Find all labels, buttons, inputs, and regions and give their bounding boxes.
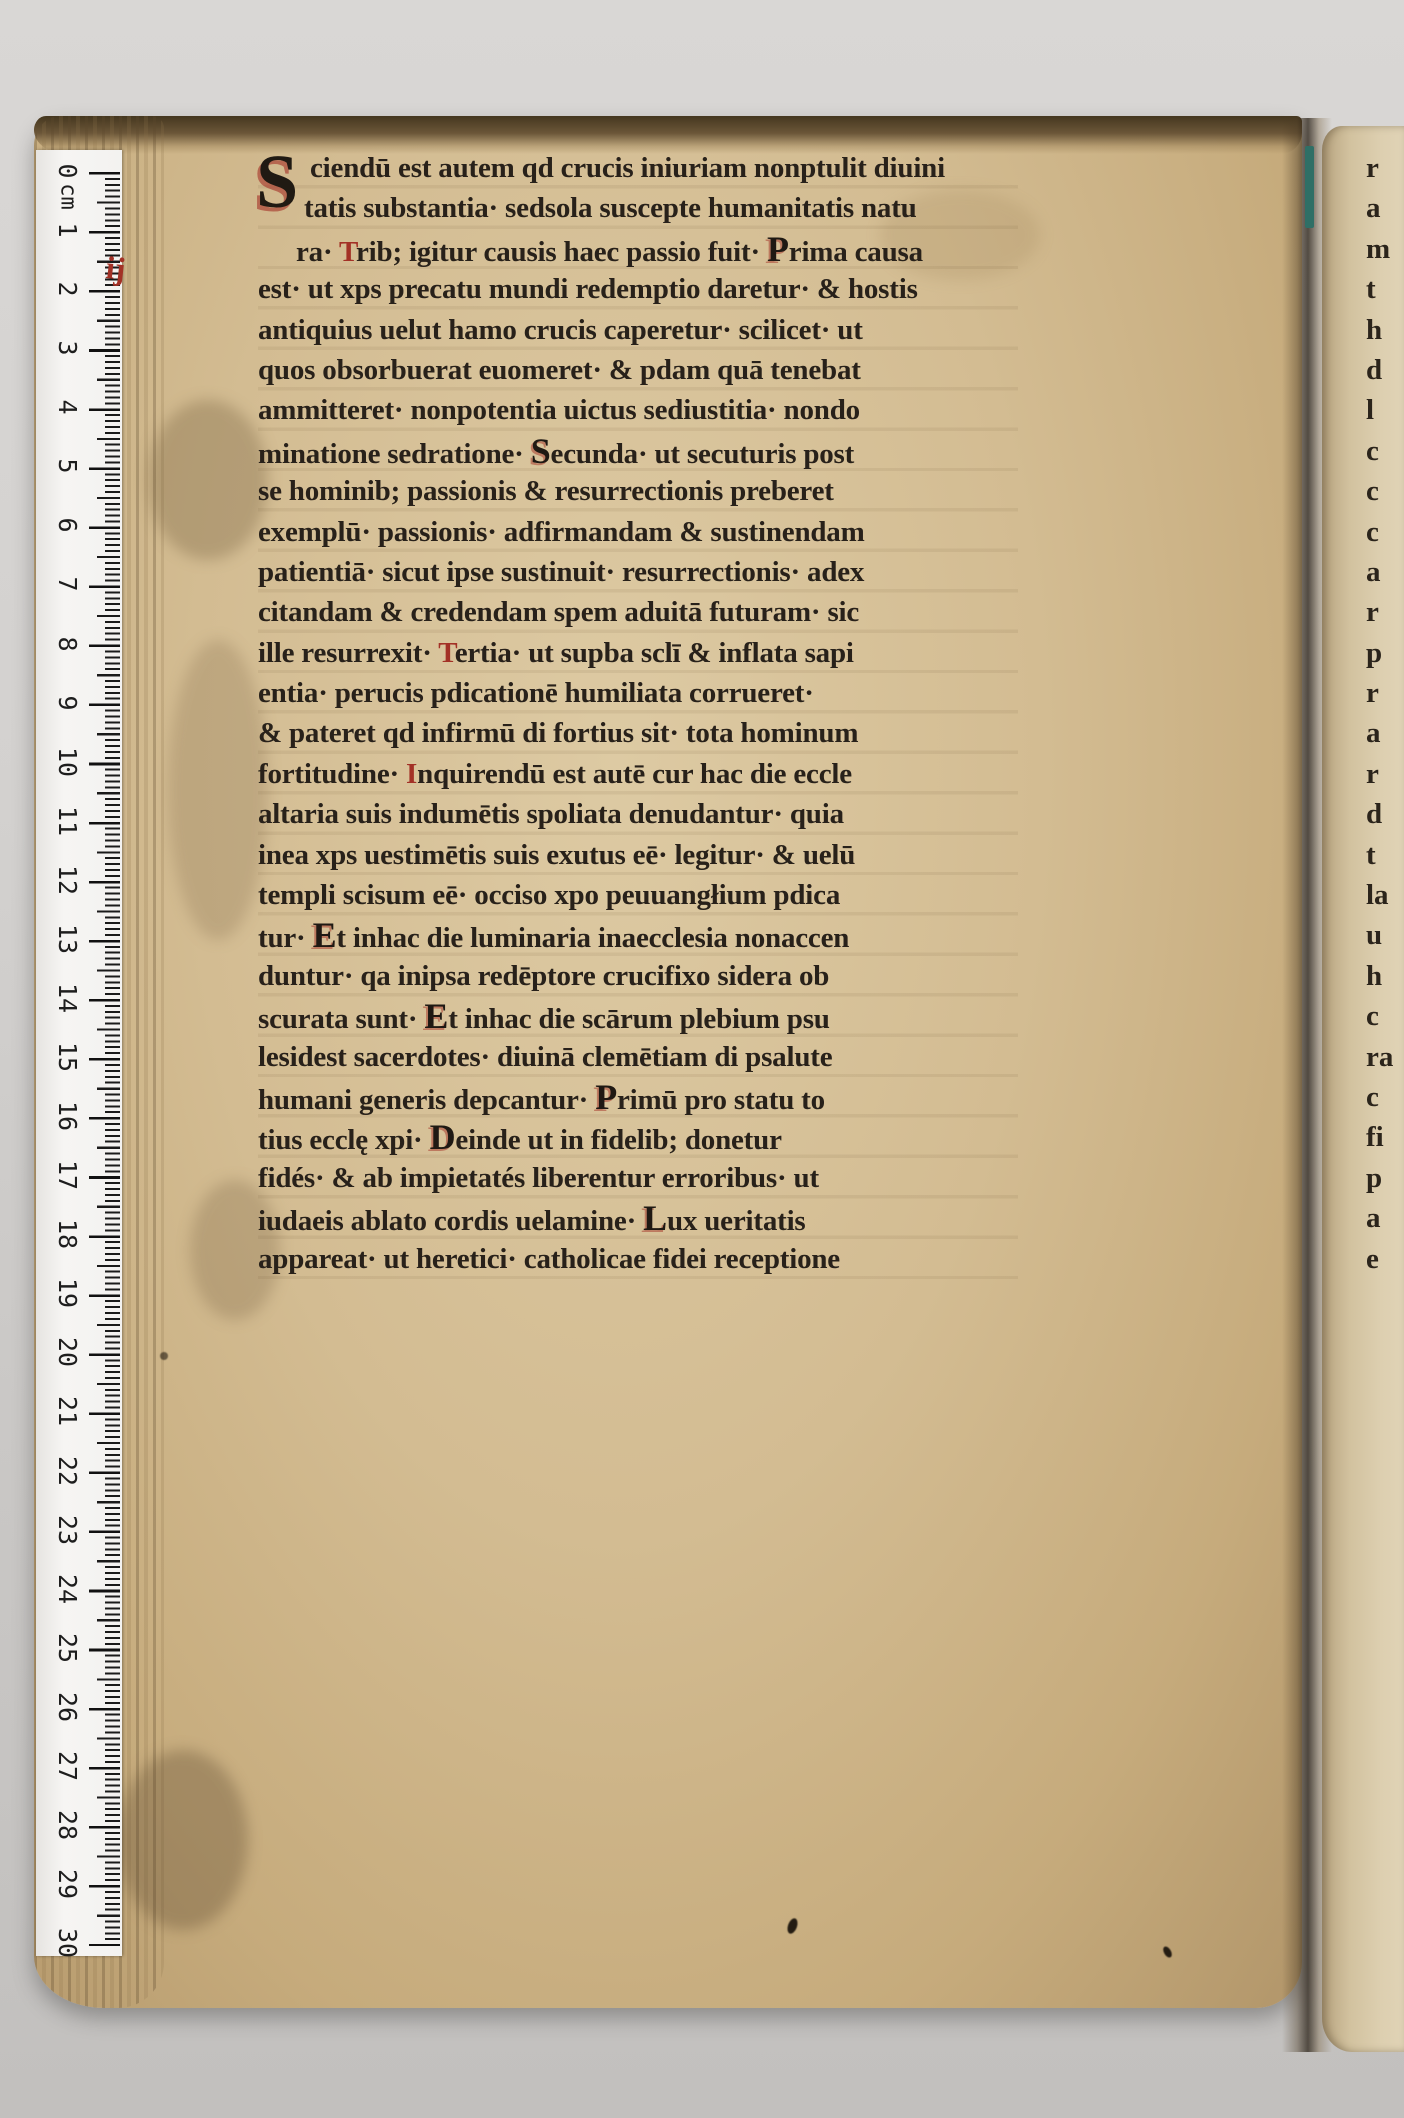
text-line: ille resurrexit· Tertia· ut supba sclī &…	[258, 633, 1018, 673]
ruler-number: 0	[54, 152, 80, 190]
line-text: inea xps uestimētis suis exutus eē· legi…	[258, 839, 855, 871]
text-line: lesidest sacerdotes· diuinā clemētiam di…	[258, 1037, 1018, 1077]
bookmark-ribbon	[1305, 146, 1314, 228]
line-text: scurata sunt·	[258, 1003, 424, 1035]
parchment-stain	[168, 640, 268, 940]
line-text: duntur· qa inipsa redēptore crucifixo si…	[258, 960, 829, 992]
facing-edge-letter: c	[1366, 431, 1404, 471]
line-text: tatis substantia· sedsola suscepte human…	[304, 192, 917, 224]
ruler-cm-ticks	[89, 172, 120, 1946]
facing-edge-letter: r	[1366, 754, 1404, 794]
line-text: fidés· & ab impietatés liberentur errori…	[258, 1162, 819, 1194]
text-line: tius ecclę xpi· Deinde ut in fidelib; do…	[258, 1117, 1018, 1157]
ruler-number: 12	[54, 861, 80, 899]
ruler-number: 3	[54, 329, 80, 367]
ruler-number: 22	[54, 1452, 80, 1490]
photo-stage: cm 0123456789101112131415161718192021222…	[0, 0, 1404, 2118]
text-line: Sciendū est autem qd crucis iniuriam non…	[258, 148, 1018, 188]
line-text: & pateret qd infirmū di fortius sit· tot…	[258, 717, 858, 749]
text-line: fortitudine· Inquirendū est autē cur hac…	[258, 754, 1018, 794]
text-line: appareat· ut heretici· catholicae fidei …	[258, 1239, 1018, 1279]
facing-edge-letter: t	[1366, 835, 1404, 875]
text-line: tatis substantia· sedsola suscepte human…	[258, 188, 1018, 228]
facing-edge-letter: r	[1366, 148, 1404, 188]
facing-edge-letter: u	[1366, 915, 1404, 955]
rubric-letter: E	[424, 996, 448, 1036]
ruler-number: 17	[54, 1156, 80, 1194]
ink-speck	[160, 1352, 168, 1360]
ruler-number: 19	[54, 1274, 80, 1312]
rubric-letter: T	[339, 236, 356, 268]
ruler-number: 23	[54, 1511, 80, 1549]
facing-edge-letter: a	[1366, 713, 1404, 753]
facing-edge-letter: a	[1366, 552, 1404, 592]
text-block: Sciendū est autem qd crucis iniuriam non…	[258, 148, 1018, 1279]
text-line: duntur· qa inipsa redēptore crucifixo si…	[258, 956, 1018, 996]
rubric-letter: I	[406, 758, 417, 790]
text-line: scurata sunt· Et inhac die scārum plebiu…	[258, 996, 1018, 1036]
text-line: iudaeis ablato cordis uelamine· Lux ueri…	[258, 1198, 1018, 1238]
ruler-number: 2	[54, 270, 80, 308]
text-line: minatione sedratione· Secunda· ut secutu…	[258, 431, 1018, 471]
text-line: inea xps uestimētis suis exutus eē· legi…	[258, 835, 1018, 875]
line-text: t inhac die scārum plebium psu	[448, 1003, 830, 1035]
facing-edge-letter: p	[1366, 633, 1404, 673]
ruler-number: 4	[54, 388, 80, 426]
ruler-number: 10	[54, 743, 80, 781]
text-line: humani generis depcantur· Primū pro stat…	[258, 1077, 1018, 1117]
ruler-number: 29	[54, 1865, 80, 1903]
text-line: citandam & credendam spem aduitā futuram…	[258, 592, 1018, 632]
line-text: altaria suis indumētis spoliata denudant…	[258, 798, 844, 830]
facing-edge-letter: h	[1366, 310, 1404, 350]
ruler-number: 18	[54, 1215, 80, 1253]
text-line: quos obsorbuerat euomeret· & pdam quā te…	[258, 350, 1018, 390]
rubric-letter: D	[430, 1117, 456, 1157]
line-text: appareat· ut heretici· catholicae fidei …	[258, 1243, 840, 1275]
line-text: exemplū· passionis· adfirmandam & sustin…	[258, 516, 865, 548]
facing-edge-letter: t	[1366, 269, 1404, 309]
text-line: altaria suis indumētis spoliata denudant…	[258, 794, 1018, 834]
facing-edge-letter: l	[1366, 390, 1404, 430]
ruler-number: 20	[54, 1333, 80, 1371]
line-text: antiquius uelut hamo crucis caperetur· s…	[258, 314, 863, 346]
line-text: fortitudine·	[258, 758, 406, 790]
ruler-number: 9	[54, 684, 80, 722]
text-line: fidés· & ab impietatés liberentur errori…	[258, 1158, 1018, 1198]
ruler-number: 15	[54, 1038, 80, 1076]
facing-edge-letter: c	[1366, 471, 1404, 511]
line-text: rib; igitur causis haec passio fuit·	[356, 236, 767, 268]
facing-edge-letter: h	[1366, 956, 1404, 996]
text-line: patientiā· sicut ipse sustinuit· resurre…	[258, 552, 1018, 592]
line-text: ra·	[296, 236, 339, 268]
parchment-stain	[118, 1750, 248, 1930]
rubric-letter: E	[313, 915, 337, 955]
ruler-number: 27	[54, 1747, 80, 1785]
line-text: quos obsorbuerat euomeret· & pdam quā te…	[258, 354, 861, 386]
text-line: & pateret qd infirmū di fortius sit· tot…	[258, 713, 1018, 753]
marginal-rubric-mark: ij	[104, 249, 127, 288]
line-text: citandam & credendam spem aduitā futuram…	[258, 596, 859, 628]
line-text: ecunda· ut secuturis post	[551, 438, 855, 470]
ruler-number: 8	[54, 625, 80, 663]
line-text: entia· perucis pdicationē humiliata corr…	[258, 677, 814, 709]
text-line: se hominib; passionis & resurrectionis p…	[258, 471, 1018, 511]
ruler-number: 7	[54, 565, 80, 603]
line-text: ciendū est autem qd crucis iniuriam nonp…	[310, 152, 945, 184]
text-line: exemplū· passionis· adfirmandam & sustin…	[258, 512, 1018, 552]
ruler-number: 21	[54, 1392, 80, 1430]
ruler-number: 26	[54, 1688, 80, 1726]
text-line: est· ut xps precatu mundi redemptio dare…	[258, 269, 1018, 309]
line-text: humani generis depcantur·	[258, 1084, 595, 1116]
ruler-number: 24	[54, 1570, 80, 1608]
facing-edge-letter: ra	[1366, 1037, 1404, 1077]
facing-edge-letter: r	[1366, 673, 1404, 713]
facing-edge-letter: r	[1366, 592, 1404, 632]
text-line: templi scisum eē· occiso xpo peuuangłium…	[258, 875, 1018, 915]
text-line: ra· Trib; igitur causis haec passio fuit…	[258, 229, 1018, 269]
facing-edge-letter: m	[1366, 229, 1404, 269]
line-text: tius ecclę xpi·	[258, 1124, 430, 1156]
ruler-number: 28	[54, 1806, 80, 1844]
ruler-number: 30	[54, 1924, 80, 1962]
facing-edge-letter: c	[1366, 1077, 1404, 1117]
rubric-letter: T	[438, 637, 454, 669]
line-text: patientiā· sicut ipse sustinuit· resurre…	[258, 556, 864, 588]
text-line: tur· Et inhac die luminaria inaecclesia …	[258, 915, 1018, 955]
ruler-number: 13	[54, 920, 80, 958]
facing-edge-letter: la	[1366, 875, 1404, 915]
text-line: ammitteret· nonpotentia uictus sediustit…	[258, 390, 1018, 430]
line-text: nquirendū est autē cur hac die eccle	[417, 758, 852, 790]
ruler-number: 5	[54, 447, 80, 485]
ruler-number: 11	[54, 802, 80, 840]
facing-edge-letter: p	[1366, 1158, 1404, 1198]
line-text: ertia· ut supba sclī & inflata sapi	[455, 637, 854, 669]
ruler-number: 14	[54, 979, 80, 1017]
line-text: iudaeis ablato cordis uelamine·	[258, 1205, 643, 1237]
ruler-number: 6	[54, 506, 80, 544]
line-text: ux ueritatis	[667, 1205, 806, 1237]
line-text: rima causa	[789, 236, 923, 268]
line-text: se hominib; passionis & resurrectionis p…	[258, 475, 834, 507]
ruler-number: 1	[54, 211, 80, 249]
line-text: minatione sedratione·	[258, 438, 531, 470]
facing-page-text-column: ramthdlcccarprardtlauhcracfipae	[1366, 148, 1404, 1279]
cm-ruler: cm 0123456789101112131415161718192021222…	[36, 150, 122, 1956]
line-text: est· ut xps precatu mundi redemptio dare…	[258, 273, 918, 305]
facing-edge-letter: e	[1366, 1239, 1404, 1279]
rubric-letter: L	[643, 1198, 667, 1238]
line-text: einde ut in fidelib; donetur	[455, 1124, 781, 1156]
rubric-letter: S	[531, 431, 551, 471]
parchment-stain	[148, 400, 268, 560]
facing-edge-letter: d	[1366, 350, 1404, 390]
line-text: rimū pro statu to	[617, 1084, 825, 1116]
facing-edge-letter: c	[1366, 996, 1404, 1036]
line-text: ille resurrexit·	[258, 637, 438, 669]
line-text: tur·	[258, 922, 313, 954]
text-line: antiquius uelut hamo crucis caperetur· s…	[258, 310, 1018, 350]
facing-edge-letter: a	[1366, 188, 1404, 228]
line-text: lesidest sacerdotes· diuinā clemētiam di…	[258, 1041, 832, 1073]
facing-edge-letter: d	[1366, 794, 1404, 834]
line-text: templi scisum eē· occiso xpo peuuangłium…	[258, 879, 840, 911]
line-text: t inhac die luminaria inaecclesia nonacc…	[336, 922, 849, 954]
rubric-letter: P	[595, 1077, 617, 1117]
ruler-number: 16	[54, 1097, 80, 1135]
facing-edge-letter: fi	[1366, 1117, 1404, 1157]
ruler-number: 25	[54, 1629, 80, 1667]
rubric-letter: P	[767, 229, 789, 269]
text-line: entia· perucis pdicationē humiliata corr…	[258, 673, 1018, 713]
facing-edge-letter: c	[1366, 512, 1404, 552]
line-text: ammitteret· nonpotentia uictus sediustit…	[258, 394, 860, 426]
facing-edge-letter: a	[1366, 1198, 1404, 1238]
